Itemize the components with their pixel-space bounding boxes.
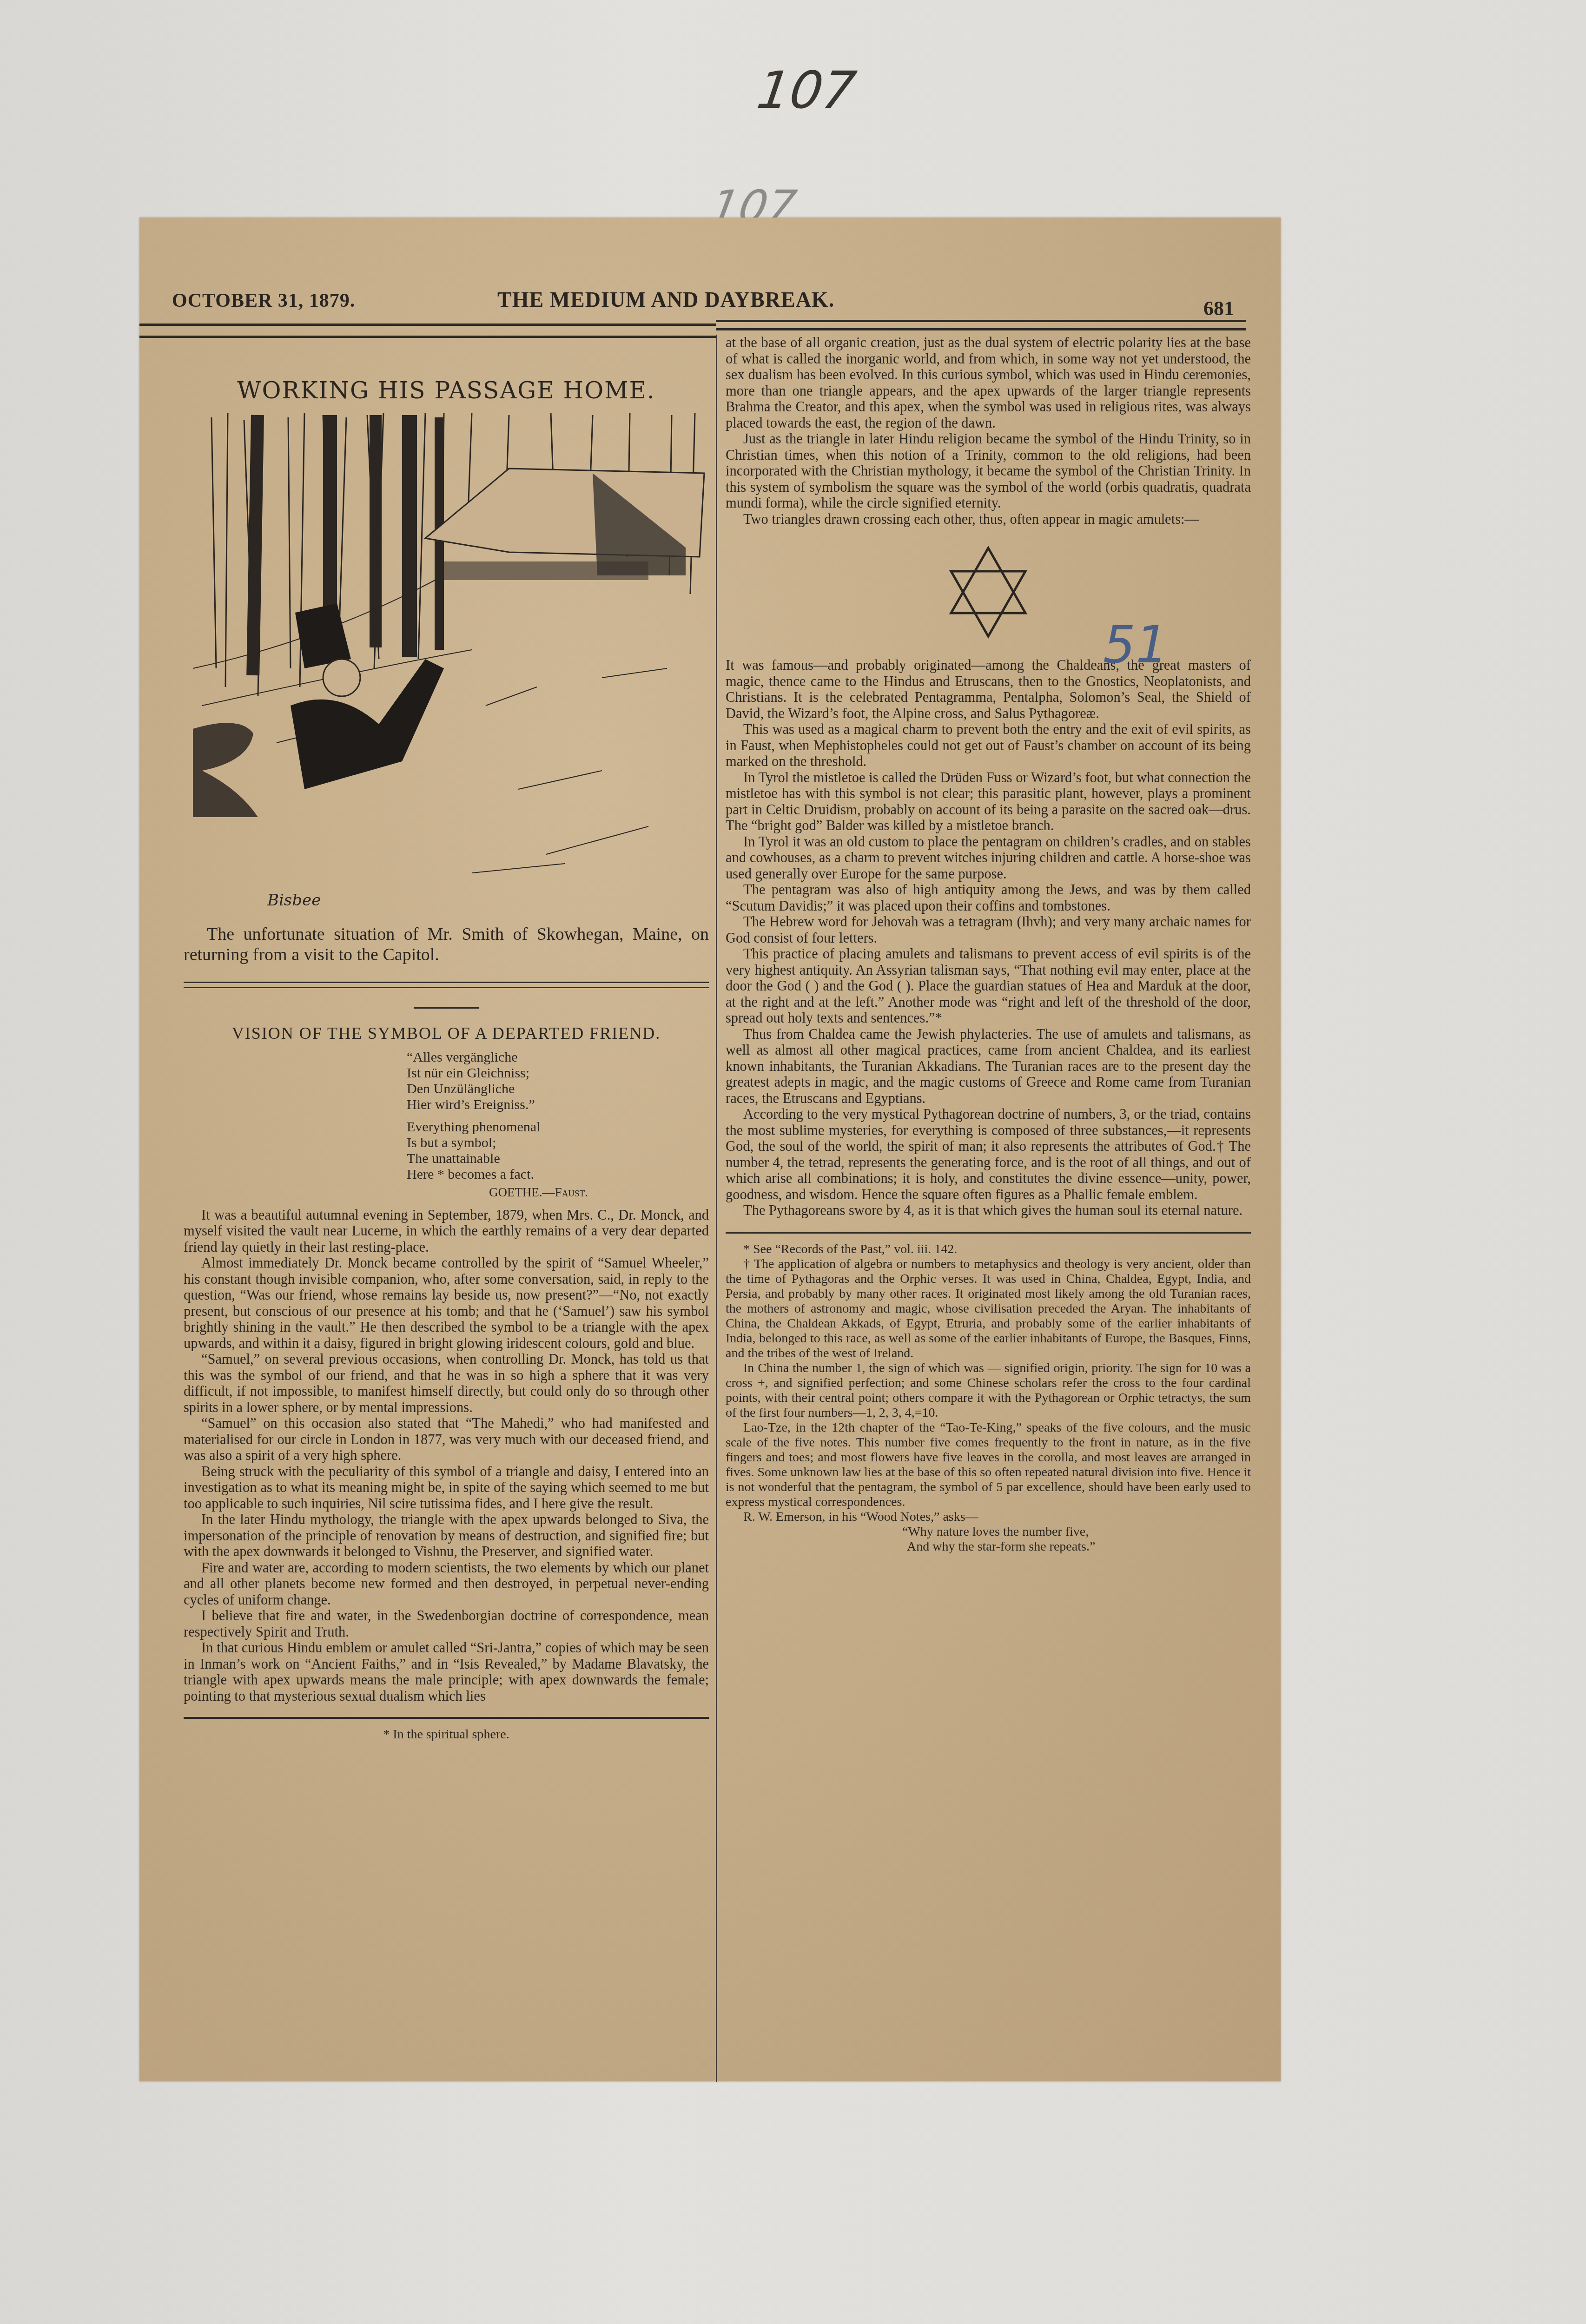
left-article-body: It was a beautiful autumnal evening in S… <box>184 1207 709 1704</box>
left-footnote: * In the spiritual sphere. <box>184 1727 709 1742</box>
header-rule-bottom <box>139 336 716 338</box>
header-rule-bottom-right <box>716 328 1246 330</box>
blue-pencil-annotation: 51 <box>1103 637 1168 653</box>
page-number: 681 <box>1203 297 1234 320</box>
masthead: THE MEDIUM AND DAYBREAK. <box>497 287 834 312</box>
ink-folio-number: 107 <box>753 60 859 120</box>
cartoon-illustration: Bisbee <box>184 408 709 919</box>
header-rule-top-right <box>716 320 1246 322</box>
hexagram-star-icon <box>946 546 1030 639</box>
newspaper-clipping: OCTOBER 31, 1879. THE MEDIUM AND DAYBREA… <box>139 218 1281 2081</box>
left-column: WORKING HIS PASSAGE HOME. <box>184 345 709 1742</box>
cartoon-title: WORKING HIS PASSAGE HOME. <box>184 383 709 399</box>
footnote-rule-right <box>726 1232 1251 1234</box>
issue-date: OCTOBER 31, 1879. <box>172 290 355 312</box>
footnote-rule <box>184 1717 709 1719</box>
section-divider <box>184 982 709 988</box>
artist-signature: Bisbee <box>267 891 321 910</box>
winter-scene-drawing: Bisbee <box>184 408 709 919</box>
emerson-quote: “Why nature loves the number five, And w… <box>902 1525 1251 1554</box>
cartoon-caption: The unfortunate situation of Mr. Smith o… <box>184 924 709 965</box>
epigraph-attribution: GOETHE.—Faust. <box>184 1184 588 1201</box>
article-title: VISION OF THE SYMBOL OF A DEPARTED FRIEN… <box>184 1025 709 1042</box>
title-ornament-rule <box>414 1007 479 1009</box>
header-rule-top <box>139 324 716 326</box>
page-header: OCTOBER 31, 1879. THE MEDIUM AND DAYBREA… <box>139 218 1281 324</box>
right-column: at the base of all organic creation, jus… <box>716 335 1251 2082</box>
epigraph-poem: “Alles vergängliche Ist nür ein Gleichni… <box>407 1050 709 1182</box>
right-footnotes: * See “Records of the Past,” vol. iii. 1… <box>726 1242 1251 1525</box>
